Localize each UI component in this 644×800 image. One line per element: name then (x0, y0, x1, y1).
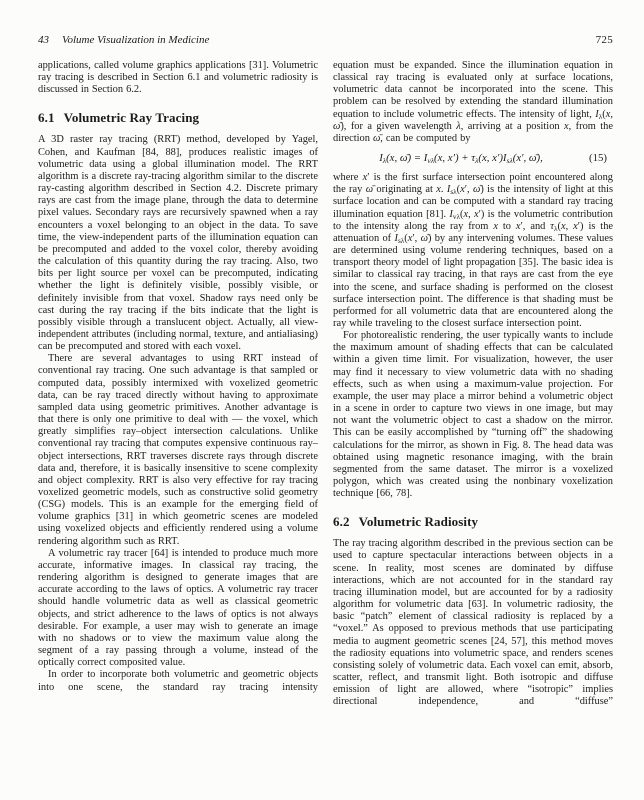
section-6-1-title: Volumetric Ray Tracing (64, 110, 200, 125)
paragraph-rrt-advantages: There are several advantages to using RR… (38, 353, 318, 548)
paragraph-illumination-equation: equation must be expanded. Since the ill… (333, 60, 613, 145)
paragraph-incorporate-objects: In order to incorporate both volumetric … (38, 669, 318, 693)
running-head: 43Volume Visualization in Medicine (38, 34, 209, 46)
chapter-title: Volume Visualization in Medicine (62, 34, 209, 46)
left-column: applications, called volume graphics app… (38, 60, 318, 709)
intro-paragraph: applications, called volume graphics app… (38, 60, 318, 96)
equation-expression: Iλ(x, ω̄) = Ivλ(x, x′) + τλ(x, x′)Isλ(x′… (333, 152, 589, 164)
chapter-number: 43 (38, 34, 49, 46)
paragraph-volumetric-ray-tracer: A volumetric ray tracer [64] is intended… (38, 548, 318, 670)
paragraph-volumetric-radiosity: The ray tracing algorithm described in t… (333, 538, 613, 708)
paragraph-photorealistic-rendering: For photorealistic rendering, the user t… (333, 330, 613, 500)
section-6-2-title: Volumetric Radiosity (359, 514, 479, 529)
equation-number: (15) (589, 152, 613, 164)
section-6-1-heading: 6.1Volumetric Ray Tracing (38, 110, 318, 126)
page-number: 725 (596, 34, 613, 46)
paragraph-equation-terms: where x′ is the first surface intersecti… (333, 172, 613, 330)
page-header: 43Volume Visualization in Medicine 725 (38, 34, 613, 46)
paragraph-rrt-method: A 3D raster ray tracing (RRT) method, de… (38, 134, 318, 353)
equation-15: Iλ(x, ω̄) = Ivλ(x, x′) + τλ(x, x′)Isλ(x′… (333, 152, 613, 164)
text-columns: applications, called volume graphics app… (38, 60, 613, 709)
section-6-2-number: 6.2 (333, 514, 350, 529)
section-6-2-heading: 6.2Volumetric Radiosity (333, 514, 613, 530)
section-6-1-number: 6.1 (38, 110, 55, 125)
right-column: equation must be expanded. Since the ill… (333, 60, 613, 709)
book-page: 43Volume Visualization in Medicine 725 a… (0, 0, 644, 800)
